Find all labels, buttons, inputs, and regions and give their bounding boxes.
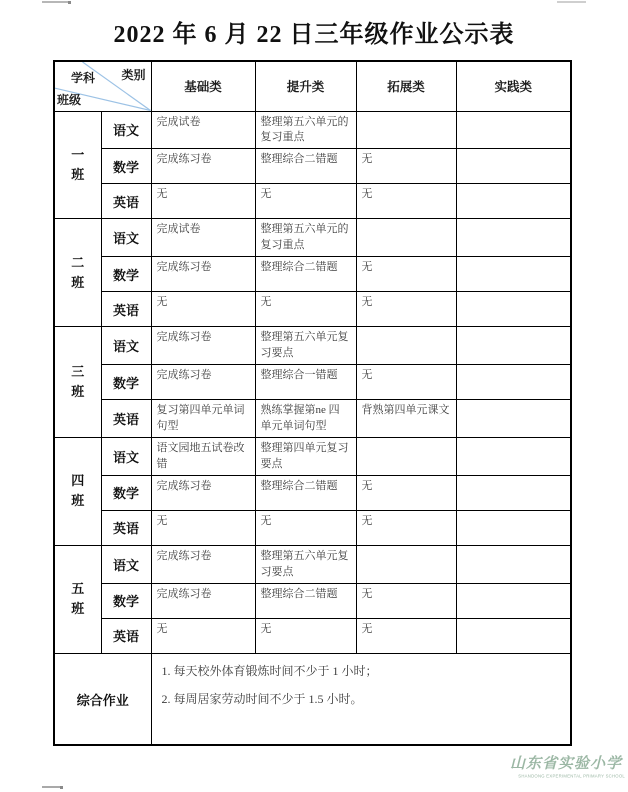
homework-cell (356, 111, 456, 149)
homework-cell: 整理综合二错题 (255, 149, 356, 184)
homework-cell: 整理综合二错题 (255, 583, 356, 618)
column-header-expand: 拓展类 (356, 61, 456, 111)
homework-cell: 整理综合一错题 (255, 365, 356, 400)
homework-cell: 完成练习卷 (151, 475, 255, 510)
homework-cell (456, 219, 571, 257)
homework-cell (456, 184, 571, 219)
table-row: 一班 语文 完成试卷 整理第五六单元的复习重点 (54, 111, 571, 149)
homework-cell (456, 475, 571, 510)
subject-cell: 数学 (101, 365, 151, 400)
homework-cell: 无 (356, 149, 456, 184)
homework-cell: 整理第五六单元复习要点 (255, 545, 356, 583)
homework-cell: 完成试卷 (151, 111, 255, 149)
table-row: 英语 无 无 无 (54, 510, 571, 545)
homework-cell (456, 292, 571, 327)
homework-cell: 完成练习卷 (151, 583, 255, 618)
homework-cell (456, 327, 571, 365)
homework-cell: 整理综合二错题 (255, 475, 356, 510)
table-row: 四班 语文 语文园地五试卷改错 整理第四单元复习要点 (54, 438, 571, 476)
homework-cell: 整理第四单元复习要点 (255, 438, 356, 476)
homework-cell (456, 583, 571, 618)
table-row: 二班 语文 完成试卷 整理第五六单元的复习重点 (54, 219, 571, 257)
homework-cell (456, 438, 571, 476)
homework-cell: 无 (151, 618, 255, 653)
summary-label: 综合作业 (54, 653, 151, 745)
subject-cell: 语文 (101, 219, 151, 257)
corner-category-label: 类别 (121, 66, 145, 83)
subject-cell: 英语 (101, 400, 151, 438)
homework-cell: 无 (151, 184, 255, 219)
homework-cell: 背熟第四单元课文 (356, 400, 456, 438)
subject-cell: 语文 (101, 327, 151, 365)
homework-cell (456, 618, 571, 653)
table-row: 数学 完成练习卷 整理综合一错题 无 (54, 365, 571, 400)
table-row: 英语 复习第四单元单词句型 熟练掌握第ne 四单元单词句型 背熟第四单元课文 (54, 400, 571, 438)
homework-cell: 无 (356, 365, 456, 400)
subject-cell: 英语 (101, 184, 151, 219)
page-title: 2022 年 6 月 22 日三年级作业公示表 (0, 14, 628, 49)
diagonal-corner-cell: 学科 类别 班级 (54, 61, 151, 111)
homework-cell: 无 (151, 292, 255, 327)
homework-cell: 整理第五六单元复习要点 (255, 327, 356, 365)
homework-cell (356, 327, 456, 365)
header-row: 学科 类别 班级 基础类 提升类 拓展类 实践类 (54, 61, 571, 111)
homework-cell (456, 111, 571, 149)
table-row: 数学 完成练习卷 整理综合二错题 无 (54, 149, 571, 184)
homework-cell: 语文园地五试卷改错 (151, 438, 255, 476)
school-name-chinese: 山东省实验小学 (510, 752, 620, 773)
class-cell: 二班 (54, 219, 101, 327)
document-page: { "page": { "title": "2022 年 6 月 22 日三年级… (0, 0, 628, 792)
summary-content: 1. 每天校外体育锻炼时间不少于 1 小时； 2. 每周居家劳动时间不少于 1.… (151, 653, 571, 745)
table-row: 三班 语文 完成练习卷 整理第五六单元复习要点 (54, 327, 571, 365)
homework-cell: 无 (356, 475, 456, 510)
homework-cell (456, 545, 571, 583)
school-watermark: 山东省实验小学 SHANDONG EXPERIMENTAL PRIMARY SC… (510, 752, 620, 780)
table-row: 数学 完成练习卷 整理综合二错题 无 (54, 257, 571, 292)
corner-class-label: 班级 (57, 91, 81, 108)
summary-line-2: 2. 每周居家劳动时间不少于 1.5 小时。 (162, 691, 561, 708)
column-header-improve: 提升类 (255, 61, 356, 111)
homework-cell: 复习第四单元单词句型 (151, 400, 255, 438)
class-cell: 五班 (54, 545, 101, 653)
corner-subject-label: 学科 (71, 69, 95, 86)
subject-cell: 数学 (101, 149, 151, 184)
subject-cell: 英语 (101, 618, 151, 653)
homework-cell: 无 (356, 618, 456, 653)
class-cell: 三班 (54, 327, 101, 438)
table-row: 英语 无 无 无 (54, 292, 571, 327)
homework-cell (356, 438, 456, 476)
homework-cell (456, 149, 571, 184)
homework-cell: 整理第五六单元的复习重点 (255, 219, 356, 257)
summary-line-1: 1. 每天校外体育锻炼时间不少于 1 小时； (162, 663, 561, 680)
homework-cell (456, 400, 571, 438)
homework-cell (456, 257, 571, 292)
page-corner-mark-top-left (42, 1, 71, 3)
homework-cell: 无 (356, 184, 456, 219)
page-corner-mark-bottom-left (42, 786, 63, 788)
homework-cell: 无 (255, 618, 356, 653)
homework-cell: 完成练习卷 (151, 257, 255, 292)
subject-cell: 数学 (101, 257, 151, 292)
homework-cell: 无 (255, 292, 356, 327)
homework-cell (456, 365, 571, 400)
homework-cell: 无 (356, 510, 456, 545)
subject-cell: 语文 (101, 438, 151, 476)
table-row: 数学 完成练习卷 整理综合二错题 无 (54, 475, 571, 510)
homework-cell: 完成练习卷 (151, 545, 255, 583)
table-row: 数学 完成练习卷 整理综合二错题 无 (54, 583, 571, 618)
subject-cell: 语文 (101, 545, 151, 583)
subject-cell: 英语 (101, 510, 151, 545)
class-cell: 四班 (54, 438, 101, 546)
homework-cell: 完成练习卷 (151, 365, 255, 400)
school-name-english: SHANDONG EXPERIMENTAL PRIMARY SCHOOL (518, 774, 612, 779)
homework-cell: 完成练习卷 (151, 149, 255, 184)
homework-table: 学科 类别 班级 基础类 提升类 拓展类 实践类 一班 语文 完成试卷 整理第五… (53, 60, 572, 746)
homework-cell: 整理综合二错题 (255, 257, 356, 292)
homework-cell (456, 510, 571, 545)
homework-cell: 无 (356, 292, 456, 327)
homework-cell: 熟练掌握第ne 四单元单词句型 (255, 400, 356, 438)
homework-cell: 无 (151, 510, 255, 545)
page-corner-mark-top-right (557, 1, 586, 3)
homework-cell: 完成练习卷 (151, 327, 255, 365)
column-header-basic: 基础类 (151, 61, 255, 111)
table-row: 英语 无 无 无 (54, 618, 571, 653)
subject-cell: 数学 (101, 583, 151, 618)
homework-cell: 完成试卷 (151, 219, 255, 257)
homework-cell: 无 (356, 257, 456, 292)
homework-cell (356, 545, 456, 583)
column-header-practice: 实践类 (456, 61, 571, 111)
homework-cell: 无 (255, 510, 356, 545)
table-row: 英语 无 无 无 (54, 184, 571, 219)
homework-cell: 无 (356, 583, 456, 618)
homework-cell: 整理第五六单元的复习重点 (255, 111, 356, 149)
class-cell: 一班 (54, 111, 101, 219)
subject-cell: 英语 (101, 292, 151, 327)
homework-cell (356, 219, 456, 257)
summary-row: 综合作业 1. 每天校外体育锻炼时间不少于 1 小时； 2. 每周居家劳动时间不… (54, 653, 571, 745)
homework-cell: 无 (255, 184, 356, 219)
subject-cell: 语文 (101, 111, 151, 149)
subject-cell: 数学 (101, 475, 151, 510)
table-row: 五班 语文 完成练习卷 整理第五六单元复习要点 (54, 545, 571, 583)
